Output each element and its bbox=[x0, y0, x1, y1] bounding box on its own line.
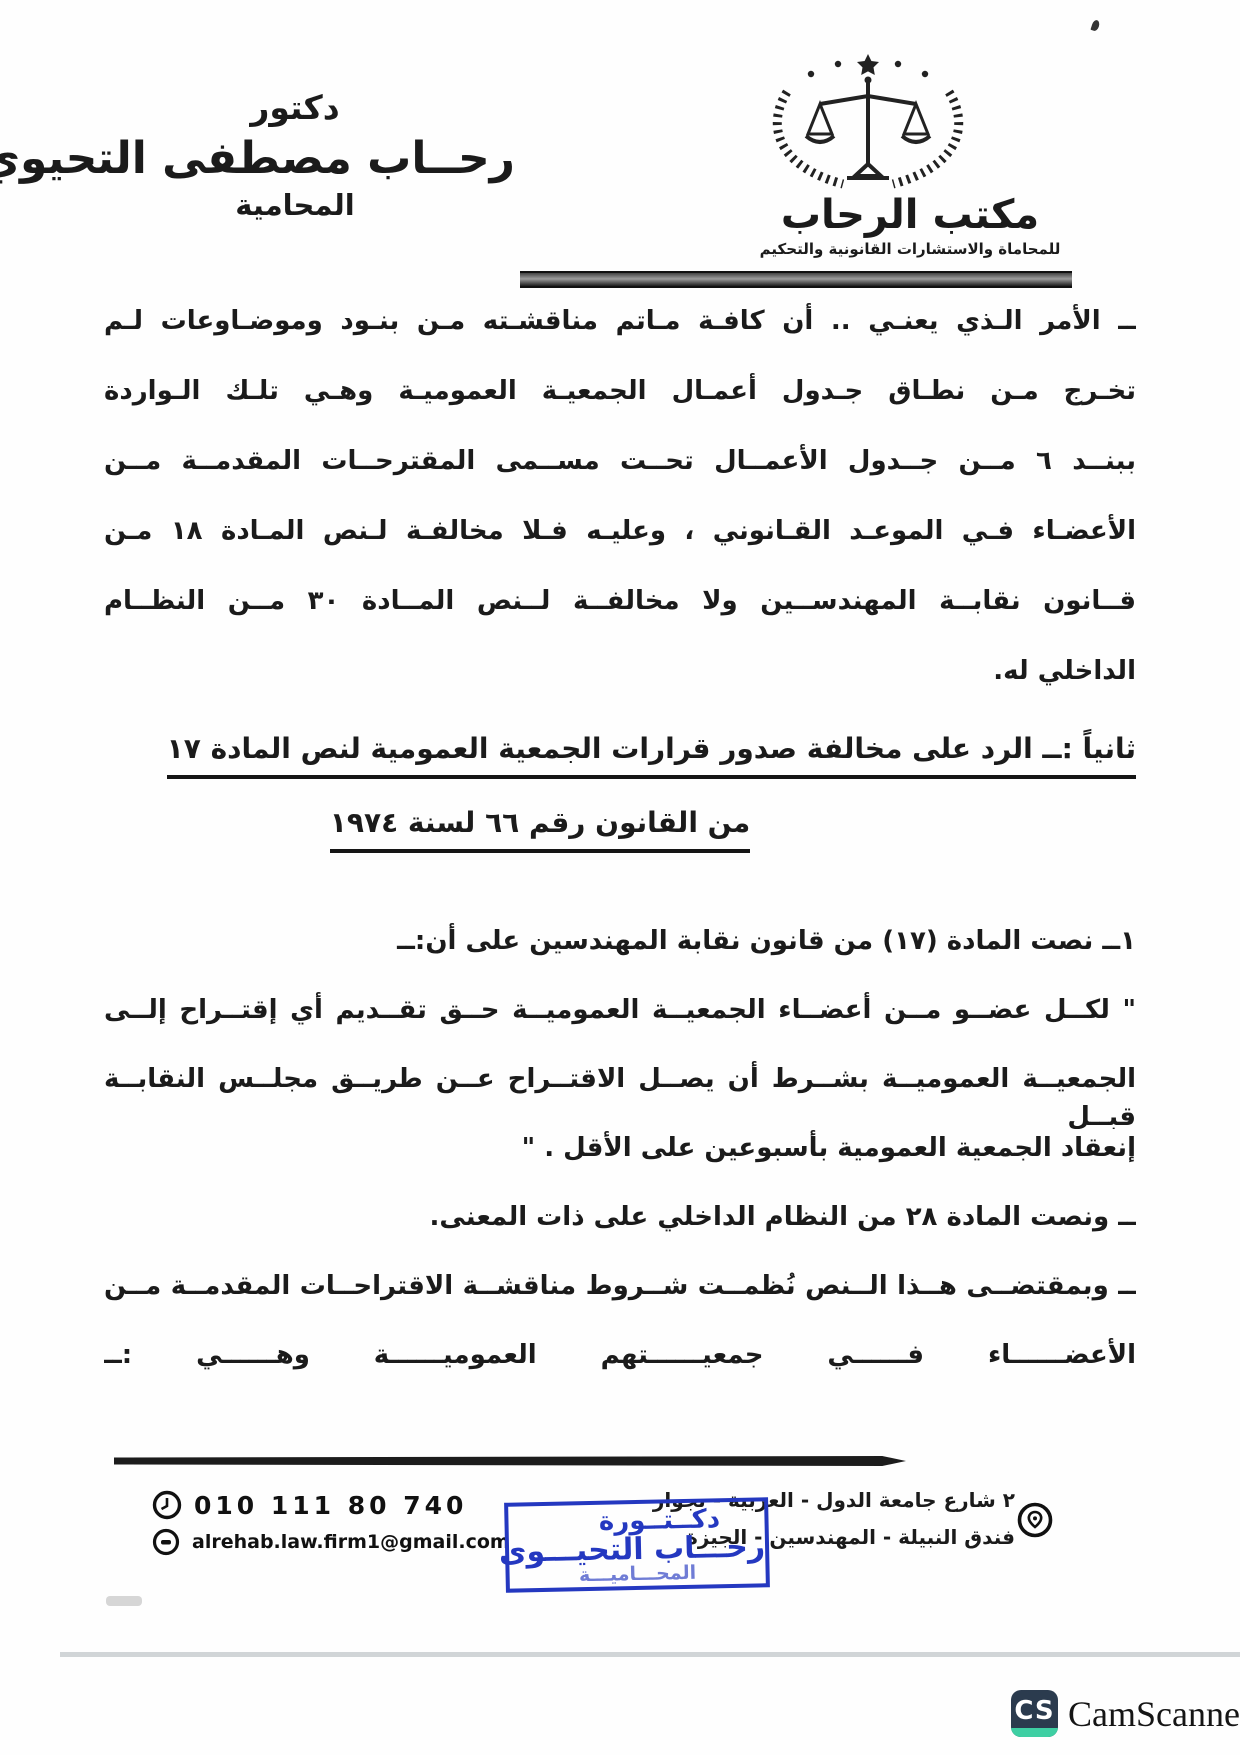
scan-smudge bbox=[106, 1596, 142, 1606]
lawyer-role: المحامية bbox=[75, 188, 515, 222]
scan-bottom-edge bbox=[60, 1652, 1240, 1657]
paragraph-1: ــ الأمر الـذي يعنـي .. أن كافـة مـاتم م… bbox=[104, 302, 1136, 722]
section-heading-line-2: من القانون رقم ٦٦ لسنة ١٩٧٤ bbox=[170, 806, 910, 853]
camscanner-badge-text: CS bbox=[1014, 1696, 1054, 1726]
location-pin-icon bbox=[1016, 1500, 1054, 1542]
office-name: مكتب الرحاب bbox=[720, 192, 1100, 238]
email-address: alrehab.law.firm1@gmail.com bbox=[192, 1531, 510, 1553]
office-subtitle: للمحاماة والاستشارات القانونية والتحكيم bbox=[720, 240, 1100, 258]
contact-block: 010 111 80 740 alrehab.law.firm1@gmail.c… bbox=[152, 1490, 510, 1564]
footer-divider-bar bbox=[114, 1456, 906, 1466]
body-line: ــ وبمقتضــى هــذا الــنص نُظمــت شــروط… bbox=[104, 1267, 1136, 1336]
body-line: الأعضـاء فـي الموعـد القـانوني ، وعليـه … bbox=[104, 512, 1136, 582]
paragraph-2: ١ــ نصت المادة (١٧) من قانون نقابة المهن… bbox=[104, 922, 1136, 1405]
body-line: الأعضــــــاء فــــــي جمعيــــــتهم الع… bbox=[104, 1336, 1136, 1405]
scanned-legal-document-page: دكتور رحــاب مصطفى التحيوي المحامية مكتب… bbox=[0, 0, 1240, 1755]
phone-number: 010 111 80 740 bbox=[194, 1491, 467, 1520]
body-line: ببنــد ٦ مــن جــدول الأعمــال تحــت مسـ… bbox=[104, 442, 1136, 512]
body-line: " لكــل عضــو مــن أعضــاء الجمعيــة الع… bbox=[104, 991, 1136, 1060]
scales-of-justice-emblem-icon bbox=[735, 52, 1001, 200]
email-icon bbox=[152, 1528, 180, 1556]
body-line: الداخلي له. bbox=[104, 652, 1136, 722]
phone-row: 010 111 80 740 bbox=[152, 1490, 510, 1520]
body-line: ــ ونصت المادة ٢٨ من النظام الداخلي على … bbox=[104, 1198, 1136, 1267]
section-heading-text: ثانياً :ــ الرد على مخالفة صدور قرارات ا… bbox=[167, 732, 1136, 779]
body-line: ١ــ نصت المادة (١٧) من قانون نقابة المهن… bbox=[104, 922, 1136, 991]
camscanner-label: CamScanner bbox=[1068, 1693, 1240, 1735]
email-row: alrehab.law.firm1@gmail.com bbox=[152, 1528, 510, 1556]
lawyer-name: رحــاب مصطفى التحيوي bbox=[75, 133, 515, 184]
clock-icon bbox=[152, 1490, 182, 1520]
stamp-role: المحـــاميـــة bbox=[509, 1560, 765, 1587]
camscanner-watermark: CS CamScanner bbox=[1011, 1690, 1240, 1737]
body-line: قــانون نقابــة المهندســين ولا مخالفــة… bbox=[104, 582, 1136, 652]
lawyer-blue-stamp: دكــتــورة رحـــاب التحيـــوى المحـــامي… bbox=[504, 1497, 770, 1593]
section-heading-text: من القانون رقم ٦٦ لسنة ١٩٧٤ bbox=[330, 806, 750, 853]
lawyer-title: دكتور bbox=[75, 88, 515, 127]
scan-speck bbox=[1090, 19, 1100, 32]
body-line: تخـرج مـن نطـاق جـدول أعمـال الجمعيـة ال… bbox=[104, 372, 1136, 442]
letterhead-lawyer-block: دكتور رحــاب مصطفى التحيوي المحامية bbox=[75, 88, 515, 222]
body-line: إنعقاد الجمعية العمومية بأسبوعين على الأ… bbox=[104, 1129, 1136, 1198]
header-divider-bar bbox=[520, 271, 1072, 288]
body-line: ــ الأمر الـذي يعنـي .. أن كافـة مـاتم م… bbox=[104, 302, 1136, 372]
camscanner-badge-icon: CS bbox=[1011, 1690, 1058, 1737]
section-heading-line-1: ثانياً :ــ الرد على مخالفة صدور قرارات ا… bbox=[104, 732, 1136, 779]
body-line: الجمعيــة العموميــة بشــرط أن يصــل الا… bbox=[104, 1060, 1136, 1129]
